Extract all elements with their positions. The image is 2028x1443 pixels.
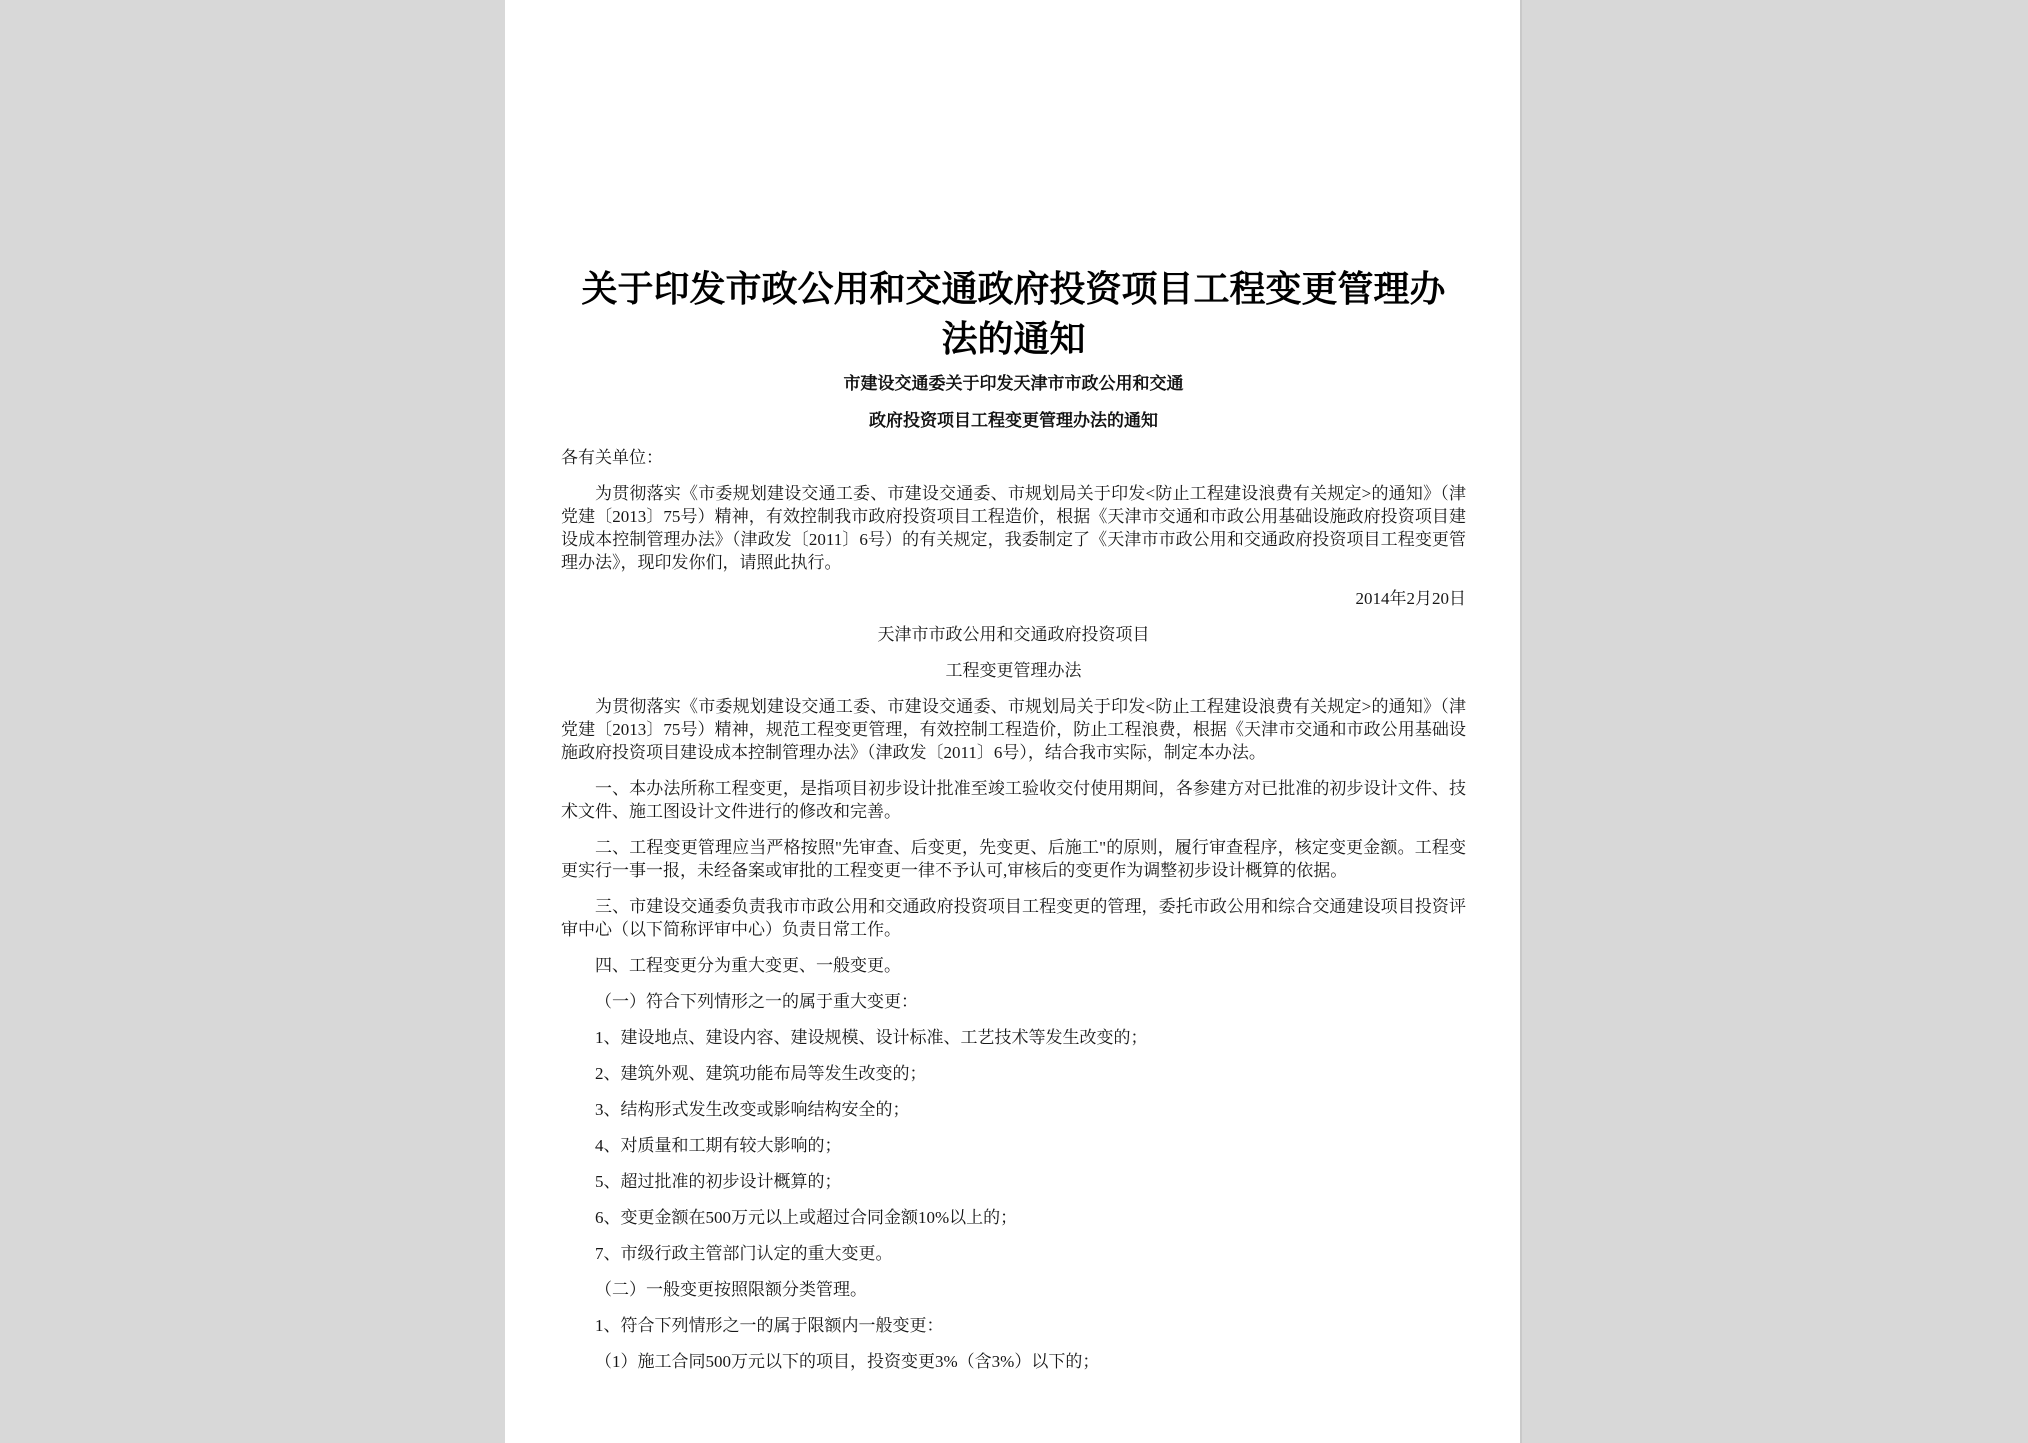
document-subtitle-line2: 政府投资项目工程变更管理办法的通知 bbox=[561, 409, 1466, 432]
article-item-5: （一）符合下列情形之一的属于重大变更： bbox=[561, 990, 1466, 1013]
document-content: 关于印发市政公用和交通政府投资项目工程变更管理办 法的通知 市建设交通委关于印发… bbox=[505, 0, 1520, 1373]
article-item-11: 6、变更金额在500万元以上或超过合同金额10%以上的； bbox=[561, 1206, 1466, 1229]
document-page: 关于印发市政公用和交通政府投资项目工程变更管理办 法的通知 市建设交通委关于印发… bbox=[505, 0, 1522, 1443]
article-item-15: （1）施工合同500万元以下的项目，投资变更3%（含3%）以下的； bbox=[561, 1350, 1466, 1373]
article-item-4: 四、工程变更分为重大变更、一般变更。 bbox=[561, 954, 1466, 977]
article-item-12: 7、市级行政主管部门认定的重大变更。 bbox=[561, 1242, 1466, 1265]
article-item-8: 3、结构形式发生改变或影响结构安全的； bbox=[561, 1098, 1466, 1121]
article-item-7: 2、建筑外观、建筑功能布局等发生改变的； bbox=[561, 1062, 1466, 1085]
article-item-1: 一、本办法所称工程变更，是指项目初步设计批准至竣工验收交付使用期间，各参建方对已… bbox=[561, 777, 1466, 823]
article-item-9: 4、对质量和工期有较大影响的； bbox=[561, 1134, 1466, 1157]
article-item-10: 5、超过批准的初步设计概算的； bbox=[561, 1170, 1466, 1193]
issue-date: 2014年2月20日 bbox=[561, 587, 1466, 610]
measure-title-line1: 天津市市政公用和交通政府投资项目 bbox=[561, 623, 1466, 646]
measure-intro-paragraph: 为贯彻落实《市委规划建设交通工委、市建设交通委、市规划局关于印发<防止工程建设浪… bbox=[561, 695, 1466, 764]
article-item-6: 1、建设地点、建设内容、建设规模、设计标准、工艺技术等发生改变的； bbox=[561, 1026, 1466, 1049]
salutation: 各有关单位： bbox=[561, 446, 1466, 469]
intro-paragraph: 为贯彻落实《市委规划建设交通工委、市建设交通委、市规划局关于印发<防止工程建设浪… bbox=[561, 482, 1466, 574]
document-subtitle-line1: 市建设交通委关于印发天津市市政公用和交通 bbox=[561, 372, 1466, 395]
measure-title-line2: 工程变更管理办法 bbox=[561, 659, 1466, 682]
article-item-2: 二、工程变更管理应当严格按照"先审查、后变更，先变更、后施工"的原则，履行审查程… bbox=[561, 836, 1466, 882]
article-item-14: 1、符合下列情形之一的属于限额内一般变更： bbox=[561, 1314, 1466, 1337]
document-title: 关于印发市政公用和交通政府投资项目工程变更管理办 法的通知 bbox=[561, 264, 1466, 364]
document-title-line2: 法的通知 bbox=[561, 314, 1466, 364]
article-item-3: 三、市建设交通委负责我市市政公用和交通政府投资项目工程变更的管理，委托市政公用和… bbox=[561, 895, 1466, 941]
document-title-line1: 关于印发市政公用和交通政府投资项目工程变更管理办 bbox=[561, 264, 1466, 314]
screenshot-canvas: 关于印发市政公用和交通政府投资项目工程变更管理办 法的通知 市建设交通委关于印发… bbox=[0, 0, 2028, 1443]
article-item-13: （二）一般变更按照限额分类管理。 bbox=[561, 1278, 1466, 1301]
